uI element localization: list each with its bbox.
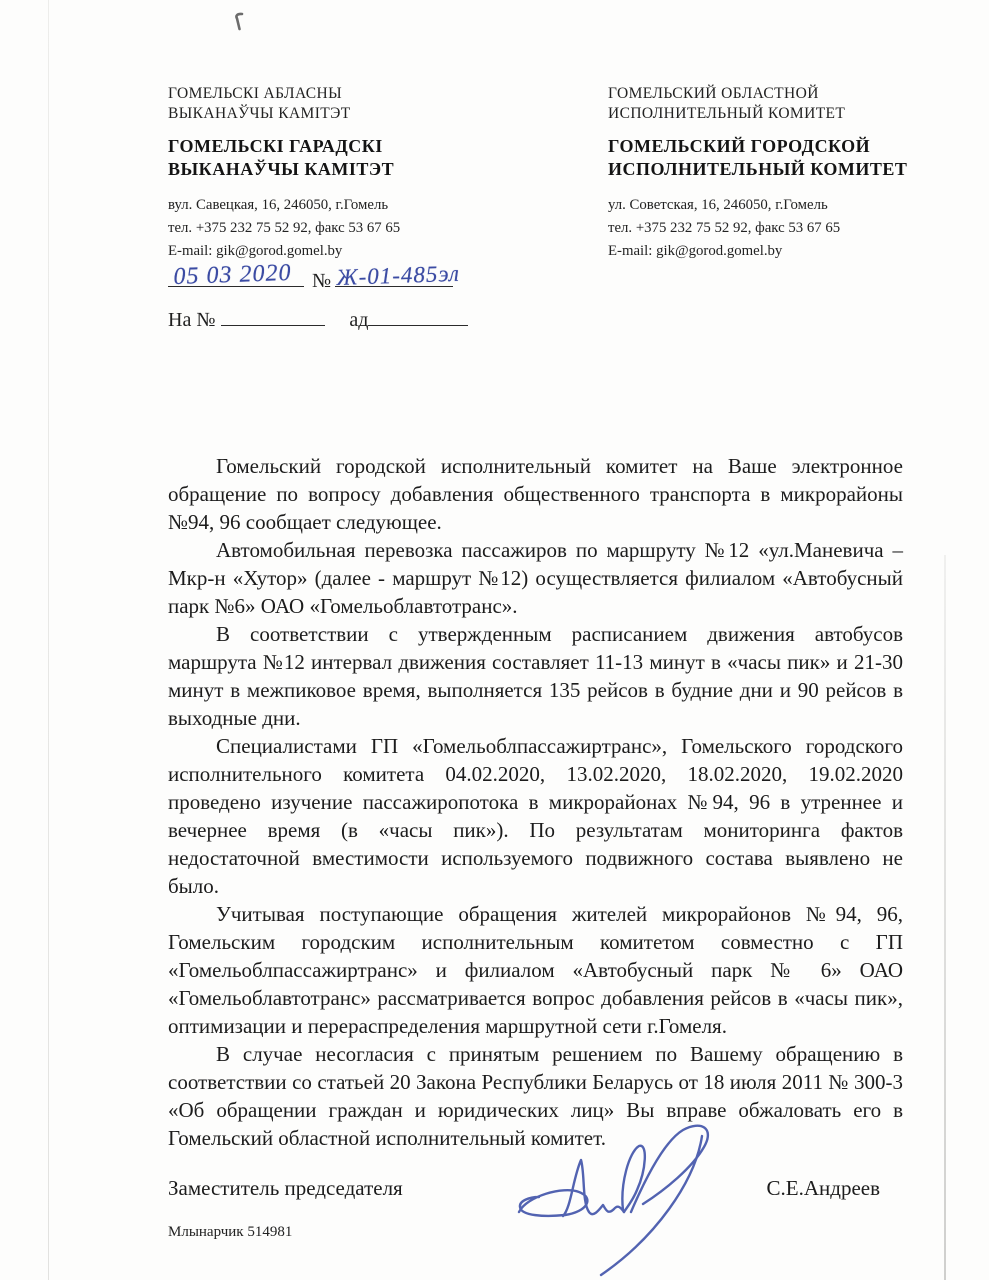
org-email-ru: E-mail: gik@gorod.gomel.by [608,240,938,263]
reference-block: 05 03 2020№Ж-01-485эл На №ад [168,266,488,339]
scanned-letter-page: ГОМЕЛЬСКІ АБЛАСНЫ ВЫКАНАЎЧЫ КАМІТЭТ ГОМЕ… [0,0,989,1280]
org-address-ru: ул. Советская, 16, 246050, г.Гомель [608,194,938,217]
paragraph-consideration: Учитывая поступающие обращения жителей м… [168,900,903,1040]
paragraph-intro: Гомельский городской исполнительный коми… [168,452,903,536]
org-phone-by: тел. +375 232 75 52 92, факс 53 67 65 [168,217,468,240]
paragraph-appeal-rights: В случае несогласия с принятым решением … [168,1040,903,1152]
letterhead-russian: ГОМЕЛЬСКИЙ ОБЛАСТНОЙ ИСПОЛНИТЕЛЬНЫЙ КОМИ… [608,84,938,263]
parent-org-name-ru-line2: ИСПОЛНИТЕЛЬНЫЙ КОМИТЕТ [608,104,938,124]
org-email-by: E-mail: gik@gorod.gomel.by [168,240,468,263]
handwritten-date: 05 03 2020 [173,260,292,291]
handwritten-number: Ж-01-485эл [336,261,460,291]
org-name-by-line2: ВЫКАНАЎЧЫ КАМІТЭТ [168,158,468,181]
number-sign-label: № [312,270,331,293]
org-address-by: вул. Савецкая, 16, 246050, г.Гомель [168,194,468,217]
paragraph-monitoring: Специалистами ГП «Гомельоблпассажиртранс… [168,732,903,900]
org-name-ru-line1: ГОМЕЛЬСКИЙ ГОРОДСКОЙ [608,135,938,158]
paragraph-schedule: В соответствии с утвержденным расписание… [168,620,903,732]
ref-reply-row: На №ад [168,305,488,339]
parent-org-name-ru-line1: ГОМЕЛЬСКИЙ ОБЛАСТНОЙ [608,84,938,104]
executor-note: Млынарчик 514981 [168,1224,292,1241]
number-blank-line: Ж-01-485эл [335,266,453,287]
paragraph-route-info: Автомобильная перевозка пассажиров по ма… [168,536,903,620]
reply-number-blank-line [221,305,325,326]
parent-org-name-by-line2: ВЫКАНАЎЧЫ КАМІТЭТ [168,104,468,124]
date-blank-line: 05 03 2020 [168,266,304,287]
scan-artifact-mark [233,12,245,32]
signer-name: С.Е.Андреев [767,1176,880,1201]
letterhead-belarusian: ГОМЕЛЬСКІ АБЛАСНЫ ВЫКАНАЎЧЫ КАМІТЭТ ГОМЕ… [168,84,468,263]
reply-date-blank-line [368,305,468,326]
scan-edge-line-left [48,0,49,1280]
ref-number-row: 05 03 2020№Ж-01-485эл [168,266,488,300]
reply-to-label: На № [168,309,215,331]
signature-block: Заместитель председателя С.Е.Андреев [168,1176,880,1201]
signer-position-title: Заместитель председателя [168,1176,403,1201]
parent-org-name-by-line1: ГОМЕЛЬСКІ АБЛАСНЫ [168,84,468,104]
letter-body: Гомельский городской исполнительный коми… [168,452,903,1152]
org-name-ru-line2: ИСПОЛНИТЕЛЬНЫЙ КОМИТЕТ [608,158,938,181]
org-name-by-line1: ГОМЕЛЬСКІ ГАРАДСКІ [168,135,468,158]
reply-date-label: ад [349,309,368,332]
scan-edge-line-right [944,555,946,1280]
org-phone-ru: тел. +375 232 75 52 92, факс 53 67 65 [608,217,938,240]
